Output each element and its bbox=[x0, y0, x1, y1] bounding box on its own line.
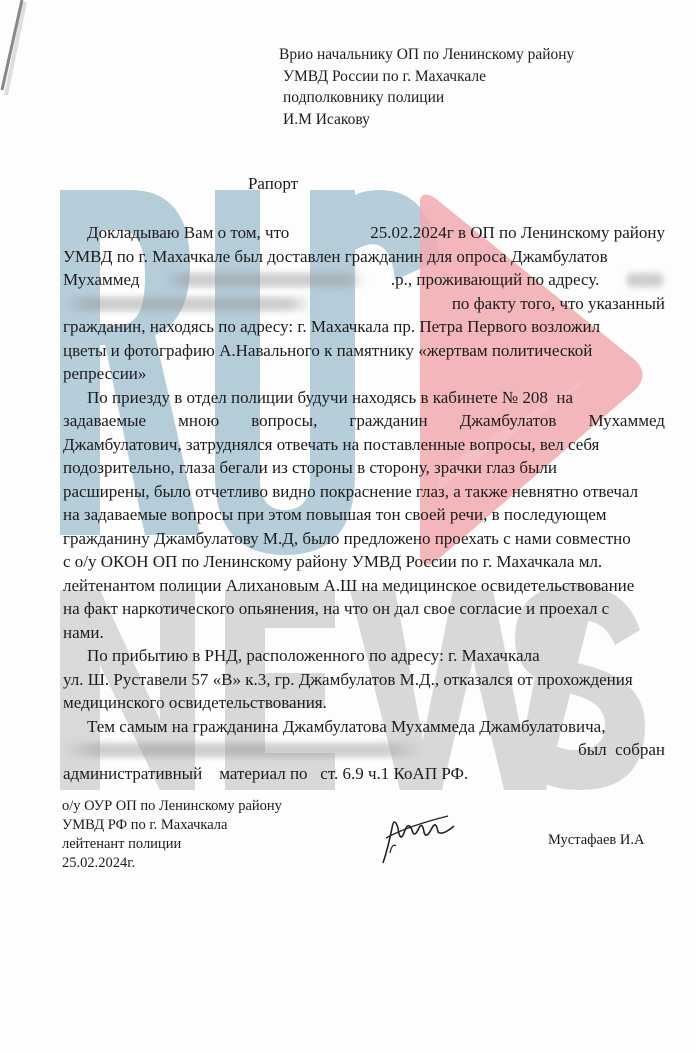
report-text: на задаваемые вопросы при этом повышая т… bbox=[63, 503, 607, 527]
addressee-line: подполковнику полиции bbox=[283, 87, 574, 109]
redacted-text bbox=[625, 273, 665, 287]
addressee-line: УМВД России по г. Махачкале bbox=[283, 66, 574, 88]
report-text: по факту того, что указанный bbox=[452, 292, 665, 316]
report-text: цветы и фотографию А.Навального к памятн… bbox=[63, 339, 592, 363]
report-text: административный материал по ст. 6.9 ч.1… bbox=[63, 762, 468, 786]
report-date: 25.02.2024г. bbox=[62, 854, 282, 873]
signer-rank: лейтенант полиции bbox=[62, 835, 282, 854]
redacted-text bbox=[63, 743, 423, 757]
report-line: лейтенантом полиции Алихановым А.Ш на ме… bbox=[63, 574, 665, 598]
report-line: нами. bbox=[63, 621, 665, 645]
report-line: по факту того, что указанный bbox=[63, 292, 665, 316]
report-line: цветы и фотографию А.Навального к памятн… bbox=[63, 339, 665, 363]
report-text: подозрительно, глаза бегали из стороны в… bbox=[63, 456, 557, 480]
redacted-text bbox=[165, 273, 365, 287]
signer-position-line: о/у ОУР ОП по Ленинскому району bbox=[62, 797, 282, 816]
report-text: был собран bbox=[578, 738, 665, 762]
report-text: гражданину Джамбулатову М.Д, было предло… bbox=[63, 527, 631, 551]
report-line: с о/у ОКОН ОП по Ленинскому району УМВД … bbox=[63, 550, 665, 574]
signer-name: Мустафаев И.А bbox=[548, 828, 644, 852]
report-line: гражданину Джамбулатову М.Д, было предло… bbox=[63, 527, 665, 551]
report-text: вопросы, bbox=[251, 409, 317, 433]
report-line: расширены, было отчетливо видно покрасне… bbox=[63, 480, 665, 504]
addressee-block: Врио начальнику ОП по Ленинскому району … bbox=[283, 44, 574, 130]
report-text: нами. bbox=[63, 621, 104, 645]
report-text: Мухаммед bbox=[588, 409, 665, 433]
signature-block: о/у ОУР ОП по Ленинскому району УМВД РФ … bbox=[62, 797, 282, 873]
report-body: Докладываю Вам о том, что25.02.2024г в О… bbox=[63, 221, 665, 785]
report-text: с о/у ОКОН ОП по Ленинскому району УМВД … bbox=[63, 550, 602, 574]
report-text: лейтенантом полиции Алихановым А.Ш на ме… bbox=[63, 574, 634, 598]
report-line: УМВД по г. Махачкале был доставлен гражд… bbox=[63, 245, 665, 269]
report-text: медицинского освидетельствования. bbox=[63, 691, 327, 715]
report-text: УМВД по г. Махачкале был доставлен гражд… bbox=[63, 245, 608, 269]
report-line: ул. Ш. Руставели 57 «В» к.3, гр. Джамбул… bbox=[63, 668, 665, 692]
report-text: репрессии» bbox=[63, 362, 146, 386]
report-text: Мухаммед bbox=[63, 268, 140, 292]
report-text: гражданин, находясь по адресу: г. Махачк… bbox=[63, 315, 600, 339]
report-text: Джамбулатович, затруднялся отвечать на п… bbox=[63, 433, 599, 457]
report-text: задаваемые bbox=[63, 409, 146, 433]
report-line: Джамбулатович, затруднялся отвечать на п… bbox=[63, 433, 665, 457]
report-text: .р., проживающий по адресу. bbox=[391, 268, 599, 292]
document-title: Рапорт bbox=[248, 174, 298, 193]
report-line: По прибытию в РНД, расположенного по адр… bbox=[63, 644, 665, 668]
paper-crease-mark bbox=[0, 0, 40, 110]
redacted-text bbox=[63, 297, 313, 311]
report-text: на факт наркотического опьянения, на что… bbox=[63, 597, 609, 621]
report-text: ул. Ш. Руставели 57 «В» к.3, гр. Джамбул… bbox=[63, 668, 633, 692]
handwritten-signature bbox=[378, 808, 458, 868]
report-line: был собран bbox=[63, 738, 665, 762]
report-line: репрессии» bbox=[63, 362, 665, 386]
report-line: Тем самым на гражданина Джамбулатова Мух… bbox=[63, 715, 665, 739]
report-line: медицинского освидетельствования. bbox=[63, 691, 665, 715]
signer-position-line: УМВД РФ по г. Махачкала bbox=[62, 816, 282, 835]
report-text: расширены, было отчетливо видно покрасне… bbox=[63, 480, 638, 504]
report-text: 25.02.2024г в ОП по Ленинскому району bbox=[370, 221, 665, 245]
report-text: Тем самым на гражданина Джамбулатова Мух… bbox=[87, 715, 605, 739]
report-line: административный материал по ст. 6.9 ч.1… bbox=[63, 762, 665, 786]
scanned-document-page: Врио начальнику ОП по Ленинскому району … bbox=[0, 0, 696, 1053]
report-line: Докладываю Вам о том, что25.02.2024г в О… bbox=[63, 221, 665, 245]
report-text: гражданин bbox=[349, 409, 427, 433]
report-text: По прибытию в РНД, расположенного по адр… bbox=[87, 644, 540, 668]
report-line: По приезду в отдел полиции будучи находя… bbox=[63, 386, 665, 410]
report-line: задаваемыемноювопросы,гражданинДжамбулат… bbox=[63, 409, 665, 433]
report-line: подозрительно, глаза бегали из стороны в… bbox=[63, 456, 665, 480]
report-text: Джамбулатов bbox=[460, 409, 557, 433]
report-line: на задаваемые вопросы при этом повышая т… bbox=[63, 503, 665, 527]
report-line: на факт наркотического опьянения, на что… bbox=[63, 597, 665, 621]
report-text: мною bbox=[178, 409, 219, 433]
report-line: гражданин, находясь по адресу: г. Махачк… bbox=[63, 315, 665, 339]
addressee-line: Врио начальнику ОП по Ленинскому району bbox=[279, 44, 574, 66]
report-text: По приезду в отдел полиции будучи находя… bbox=[87, 386, 573, 410]
report-text: Докладываю Вам о том, что bbox=[87, 221, 289, 245]
document-title-wrap: Рапорт bbox=[0, 172, 696, 196]
report-line: Мухаммед.р., проживающий по адресу. bbox=[63, 268, 665, 292]
addressee-line: И.М Исакову bbox=[283, 109, 574, 131]
